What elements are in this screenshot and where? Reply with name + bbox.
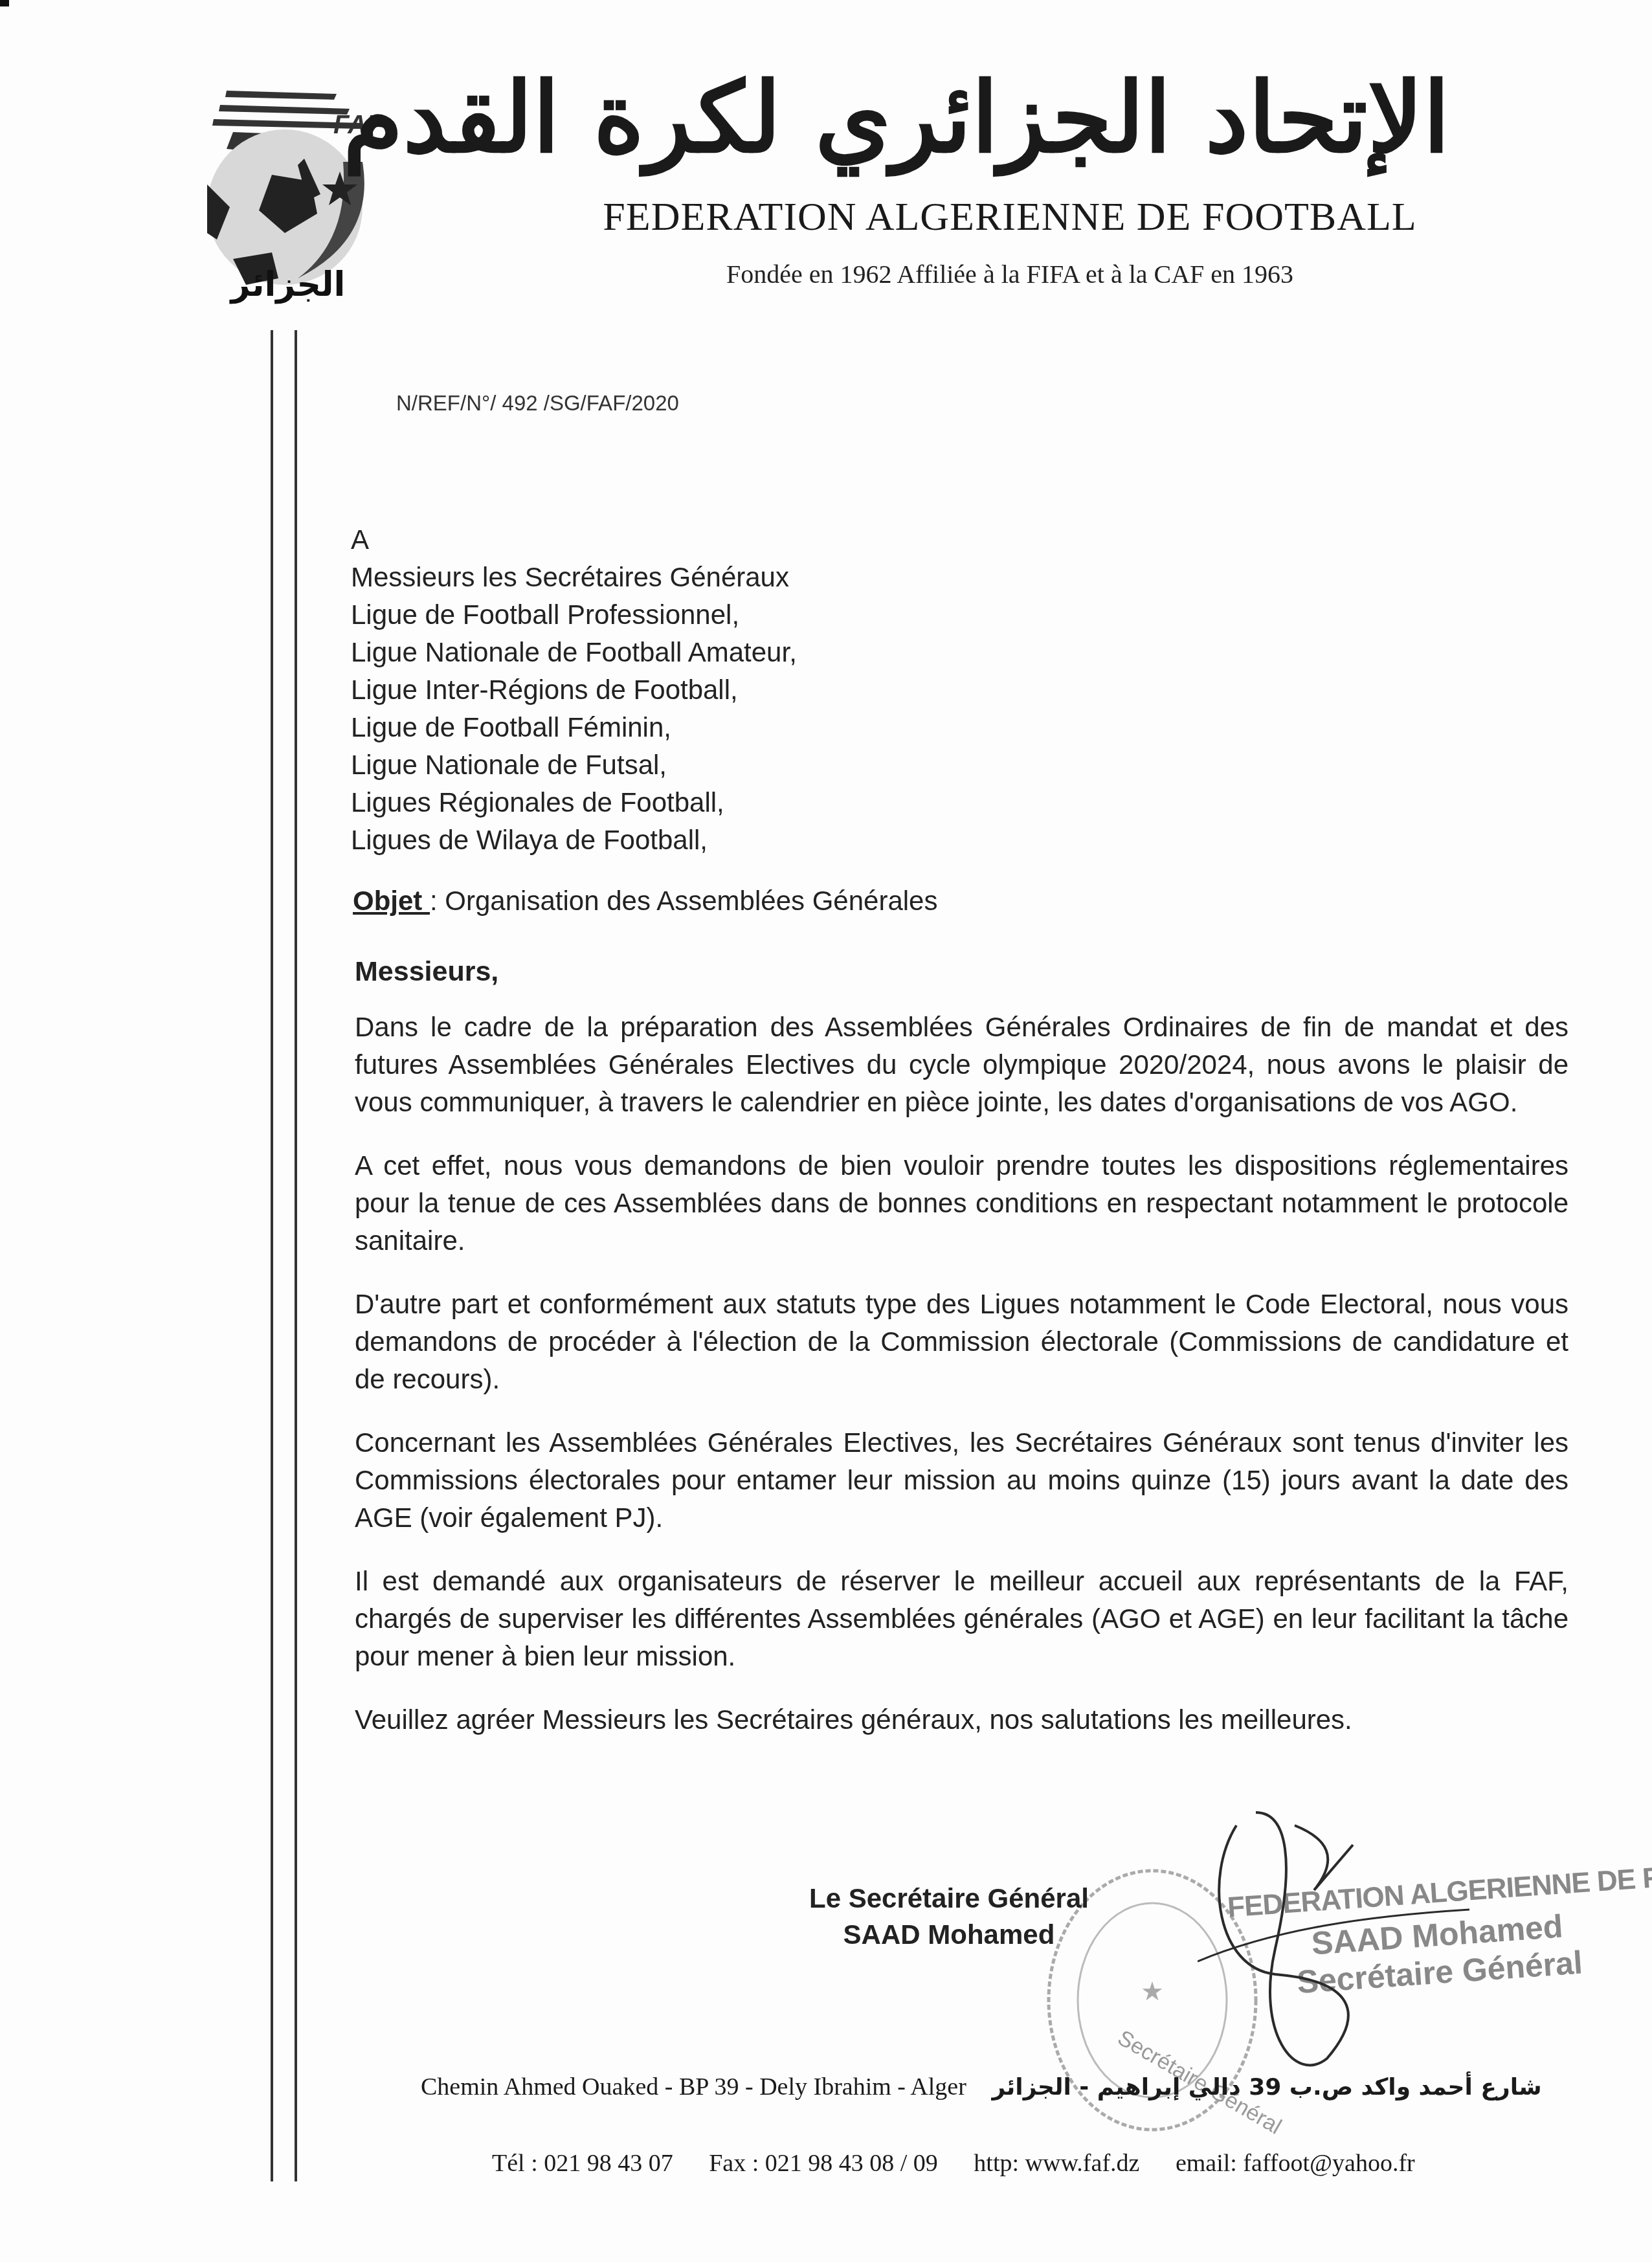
federation-title-arabic: الإتحاد الجزائري لكرة القدم bbox=[563, 65, 1450, 172]
body-paragraph: Il est demandé aux organisateurs de rése… bbox=[355, 1563, 1568, 1675]
letter-body: Dans le cadre de la préparation des Asse… bbox=[355, 1009, 1568, 1765]
recipient-line: Ligue de Football Professionnel, bbox=[351, 596, 797, 634]
logo-caption: الجزائر bbox=[181, 265, 395, 304]
svg-text:★: ★ bbox=[1141, 1977, 1164, 2006]
recipients-block: A Messieurs les Secrétaires Généraux Lig… bbox=[351, 521, 797, 859]
recipient-line: Ligue Nationale de Futsal, bbox=[351, 746, 797, 784]
signatory-name: SAAD Mohamed bbox=[809, 1917, 1089, 1953]
address-arabic: شارع أحمد واكد ص.ب 39 دالي إبراهيم - الج… bbox=[992, 2074, 1541, 2101]
footer-contact: Tél : 021 98 43 07 Fax : 021 98 43 08 / … bbox=[492, 2149, 1592, 2178]
margin-rule-left bbox=[271, 330, 273, 2181]
federation-subtitle: Fondée en 1962 Affiliée à la FIFA et à l… bbox=[563, 259, 1457, 289]
subject-line: Objet : Organisation des Assemblées Géné… bbox=[353, 886, 937, 917]
body-paragraph: A cet effet, nous vous demandons de bien… bbox=[355, 1147, 1568, 1260]
address-french: Chemin Ahmed Ouaked - BP 39 - Dely Ibrah… bbox=[421, 2073, 966, 2101]
footer-address: Chemin Ahmed Ouaked - BP 39 - Dely Ibrah… bbox=[421, 2073, 1618, 2101]
body-paragraph: Veuillez agréer Messieurs les Secrétaire… bbox=[355, 1701, 1568, 1739]
recipient-line: Messieurs les Secrétaires Généraux bbox=[351, 559, 797, 596]
recipient-line: Ligues Régionales de Football, bbox=[351, 784, 797, 821]
body-paragraph: D'autre part et conformément aux statuts… bbox=[355, 1286, 1568, 1398]
body-paragraph: Dans le cadre de la préparation des Asse… bbox=[355, 1009, 1568, 1121]
website-link[interactable]: http: www.faf.dz bbox=[974, 2150, 1139, 2177]
reference-number: N/REF/N°/ 492 /SG/FAF/2020 bbox=[396, 391, 679, 416]
signature-block: Le Secrétaire Général SAAD Mohamed bbox=[809, 1880, 1089, 1953]
subject-text: Organisation des Assemblées Générales bbox=[445, 886, 937, 916]
recipient-line: Ligue Nationale de Football Amateur, bbox=[351, 634, 797, 671]
salutation: Messieurs, bbox=[355, 956, 498, 988]
handwritten-signature-icon bbox=[1198, 1800, 1469, 2071]
recipient-line: Ligue de Football Féminin, bbox=[351, 709, 797, 746]
signatory-title: Le Secrétaire Général bbox=[809, 1880, 1089, 1917]
federation-title: FEDERATION ALGERIENNE DE FOOTBALL bbox=[563, 194, 1457, 240]
subject-separator: : bbox=[430, 886, 445, 916]
scan-corner-mark bbox=[0, 0, 9, 6]
recipient-line: Ligues de Wilaya de Football, bbox=[351, 821, 797, 859]
phone-number: Tél : 021 98 43 07 bbox=[492, 2150, 673, 2177]
subject-label: Objet bbox=[353, 886, 430, 916]
fax-number: Fax : 021 98 43 08 / 09 bbox=[709, 2150, 938, 2177]
body-paragraph: Concernant les Assemblées Générales Elec… bbox=[355, 1424, 1568, 1537]
margin-rule-right bbox=[295, 330, 297, 2181]
email-link[interactable]: email: faffoot@yahoo.fr bbox=[1176, 2150, 1415, 2177]
recipient-line: Ligue Inter-Régions de Football, bbox=[351, 671, 797, 709]
recipients-to: A bbox=[351, 521, 797, 559]
